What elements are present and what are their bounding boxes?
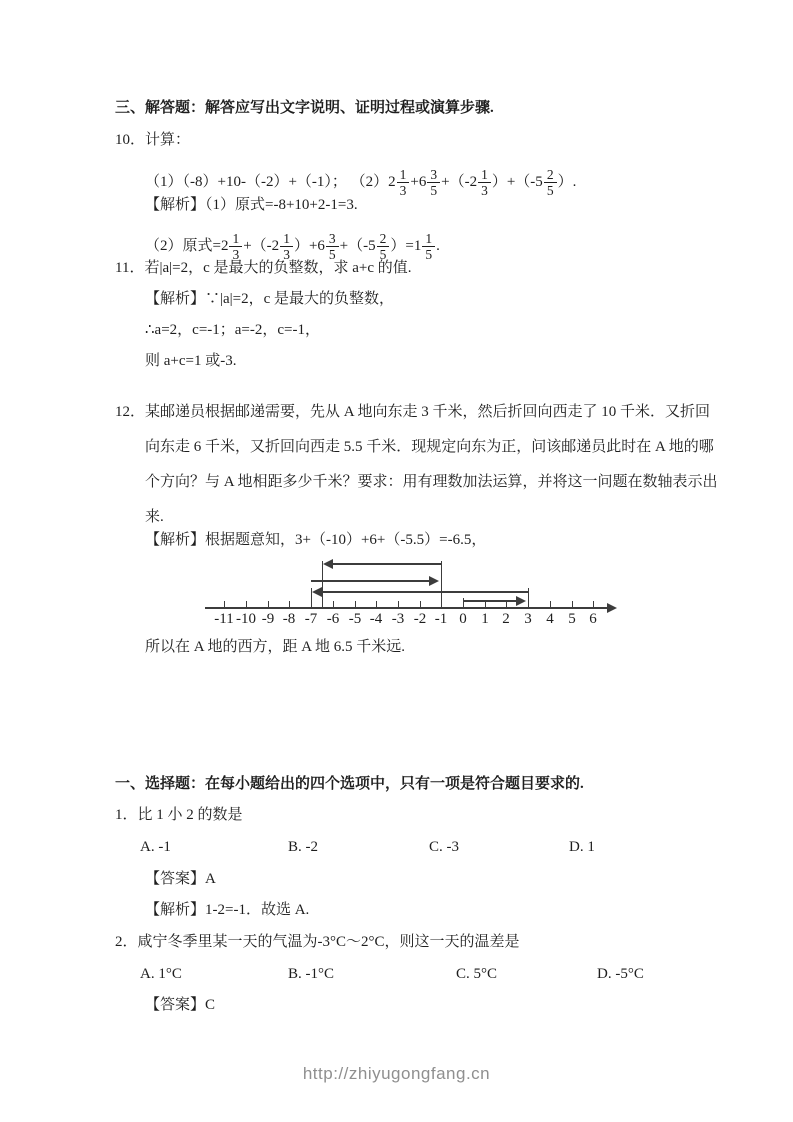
q2-options-row: A. 1°C B. -1°C C. 5°C D. -5°C [140,966,780,982]
q12-text-line: 向东走 6 千米，又折回向西走 5.5 千米．现规定向东为正，问该邮递员此时在 … [145,439,714,455]
q10-expr-part: （1）（-8）+10-（-2）+（-1）； （2）2 [145,174,396,190]
move-arrow-plus3 [463,600,524,602]
q10-label: 10．计算： [115,132,190,148]
fraction: 13 [478,167,491,199]
q10-expr-part: +6 [410,174,426,190]
q10-sol2-part: +（-2 [243,238,279,254]
section1-heading: 一、选择题：在每小题给出的四个选项中，只有一项是符合题目要求的. [115,776,584,792]
q12-text-line: 来. [145,509,164,525]
q11-text: 11．若|a|=2，c 是最大的负整数，求 a+c 的值. [115,260,412,276]
q10-solution-1: 【解析】（1）原式=-8+10+2-1=3. [145,197,358,213]
fraction: 13 [229,231,242,263]
guide-line-minus6point5 [322,561,323,607]
q1-options-row: A. -1 B. -2 C. -3 D. 1 [140,839,780,855]
option-d: D. 1 [569,839,595,855]
option-d: D. -5°C [597,966,644,982]
move-arrow-plus6 [311,580,437,582]
number-line-axis [205,607,615,609]
fraction: 13 [280,231,293,263]
q12-text-line: 个方向？与 A 地相距多少千米？要求：用有理数加法运算，并将这一问题在数轴表示出 [145,474,718,490]
option-a: A. 1°C [140,966,182,982]
option-b: B. -2 [288,839,318,855]
q10-sol2-part: ）=1 [390,238,421,254]
option-c: C. -3 [429,839,459,855]
q10-sol2-part: ）+6 [294,238,325,254]
q11-solution-line: ∴a=2，c=-1；a=-2，c=-1， [145,322,320,338]
section3-heading: 三、解答题：解答应写出文字说明、证明过程或演算步骤. [115,100,494,116]
fraction: 25 [544,167,557,199]
fraction: 25 [377,231,390,263]
number-line-diagram: -11 -10 -9 -8 -7 -6 -5 -4 -3 -2 -1 0 1 2… [115,556,655,634]
option-b: B. -1°C [288,966,334,982]
q11-solution-line: 则 a+c=1 或-3. [145,353,236,369]
footer-watermark-url: http://zhiyugongfang.cn [0,1064,793,1084]
q1-analysis: 【解析】1-2=-1．故选 A. [145,902,309,918]
document-page: 三、解答题：解答应写出文字说明、证明过程或演算步骤. 10．计算： （1）（-8… [0,0,793,1122]
q10-expression: （1）（-8）+10-（-2）+（-1）； （2）213+635+（-213）+… [145,162,576,202]
q12-line1: 某邮递员根据邮递需要，先从 A 地向东走 3 千米，然后折回向西走了 10 千米… [145,404,710,420]
q2-answer: 【答案】C [145,997,215,1013]
q1-text: 1．比 1 小 2 的数是 [115,807,243,823]
q1-answer: 【答案】A [145,871,216,887]
q12-solution: 【解析】根据题意知，3+（-10）+6+（-5.5）=-6.5， [145,532,486,548]
fraction: 15 [422,231,435,263]
tick-label: 6 [579,611,607,627]
move-arrow-minus10 [314,591,528,593]
fraction: 13 [397,167,410,199]
q10-sol2-part: . [436,238,440,254]
q12-text-line: 12．某邮递员根据邮递需要，先从 A 地向东走 3 千米，然后折回向西走了 10… [115,404,710,420]
fraction: 35 [326,231,339,263]
q10-expr-part: ）+（-5 [492,174,543,190]
option-c: C. 5°C [456,966,497,982]
fraction: 35 [427,167,440,199]
q10-sol2-part: （2）原式=2 [145,238,228,254]
q10-expr-part: +（-2 [441,174,477,190]
q10-expr-part: ）. [558,174,577,190]
q10-sol2-part: +（-5 [340,238,376,254]
q11-solution-line: 【解析】∵|a|=2，c 是最大的负整数， [145,291,394,307]
option-a: A. -1 [140,839,171,855]
q12-number: 12． [115,404,145,420]
move-arrow-minus5point5 [325,563,441,565]
q2-text: 2．咸宁冬季里某一天的气温为-3°C～2°C，则这一天的温差是 [115,934,520,950]
q12-conclusion: 所以在 A 地的西方，距 A 地 6.5 千米远. [145,639,405,655]
